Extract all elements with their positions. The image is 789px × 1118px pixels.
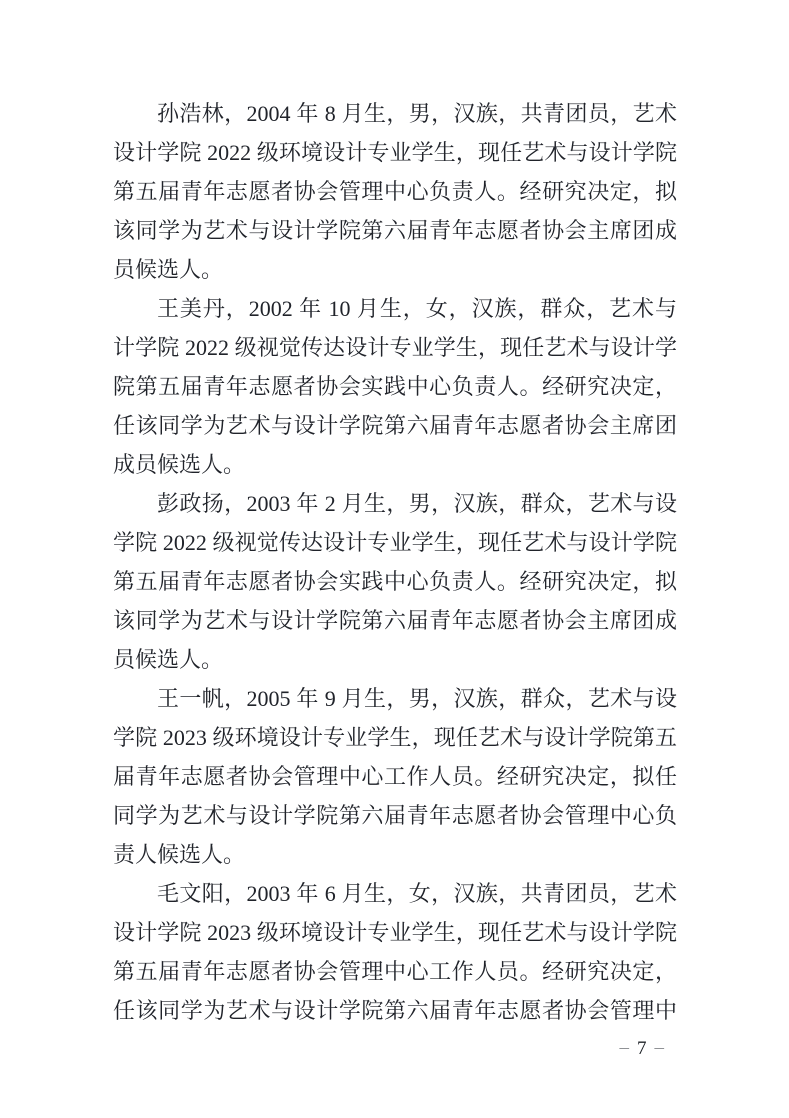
text-line: 员候选人。 xyxy=(113,640,677,679)
paragraph: 王一帆，2005 年 9 月生，男，汉族，群众，艺术与设计学院 2023 级环境… xyxy=(113,679,677,874)
text-line: 成员候选人。 xyxy=(113,445,677,484)
paragraph: 彭政扬，2003 年 2 月生，男，汉族，群众，艺术与设计学院 2022 级视觉… xyxy=(113,484,677,679)
text-line: 彭政扬，2003 年 2 月生，男，汉族，群众，艺术与设计 xyxy=(113,484,677,523)
text-line: 计学院 2022 级视觉传达设计专业学生，现任艺术与设计学 xyxy=(113,328,677,367)
footer-right-dash: – xyxy=(655,1037,666,1059)
text-line: 该同学为艺术与设计学院第六届青年志愿者协会主席团成 xyxy=(113,601,677,640)
text-line: 同学为艺术与设计学院第六届青年志愿者协会管理中心负 xyxy=(113,796,677,835)
page-footer: –7– xyxy=(613,1038,673,1060)
text-line: 第五届青年志愿者协会实践中心负责人。经研究决定，拟任 xyxy=(113,562,677,601)
text-line: 任该同学为艺术与设计学院第六届青年志愿者协会主席团 xyxy=(113,406,677,445)
footer-left-dash: – xyxy=(620,1037,631,1059)
text-line: 学院 2023 级环境设计专业学生，现任艺术与设计学院第五 xyxy=(113,718,677,757)
text-line: 院第五届青年志愿者协会实践中心负责人。经研究决定，拟 xyxy=(113,367,677,406)
text-line: 王一帆，2005 年 9 月生，男，汉族，群众，艺术与设计 xyxy=(113,679,677,718)
paragraph: 孙浩林，2004 年 8 月生，男，汉族，共青团员，艺术与设计学院 2022 级… xyxy=(113,94,677,289)
text-line: 第五届青年志愿者协会管理中心工作人员。经研究决定，拟 xyxy=(113,952,677,991)
document-body: 孙浩林，2004 年 8 月生，男，汉族，共青团员，艺术与设计学院 2022 级… xyxy=(113,94,677,1030)
text-line: 设计学院 2022 级环境设计专业学生，现任艺术与设计学院 xyxy=(113,133,677,172)
document-page: 孙浩林，2004 年 8 月生，男，汉族，共青团员，艺术与设计学院 2022 级… xyxy=(0,0,789,1118)
text-line: 任该同学为艺术与设计学院第六届青年志愿者协会管理中 xyxy=(113,991,677,1030)
text-line: 孙浩林，2004 年 8 月生，男，汉族，共青团员，艺术与 xyxy=(113,94,677,133)
text-line: 届青年志愿者协会管理中心工作人员。经研究决定，拟任该 xyxy=(113,757,677,796)
text-line: 员候选人。 xyxy=(113,250,677,289)
paragraph: 毛文阳，2003 年 6 月生，女，汉族，共青团员，艺术与设计学院 2023 级… xyxy=(113,874,677,1030)
text-line: 设计学院 2023 级环境设计专业学生，现任艺术与设计学院 xyxy=(113,913,677,952)
text-line: 该同学为艺术与设计学院第六届青年志愿者协会主席团成 xyxy=(113,211,677,250)
page-number: 7 xyxy=(637,1038,648,1059)
text-line: 毛文阳，2003 年 6 月生，女，汉族，共青团员，艺术与 xyxy=(113,874,677,913)
text-line: 学院 2022 级视觉传达设计专业学生，现任艺术与设计学院 xyxy=(113,523,677,562)
paragraph: 王美丹，2002 年 10 月生，女，汉族，群众，艺术与设计学院 2022 级视… xyxy=(113,289,677,484)
text-line: 王美丹，2002 年 10 月生，女，汉族，群众，艺术与设 xyxy=(113,289,677,328)
text-line: 责人候选人。 xyxy=(113,835,677,874)
text-line: 第五届青年志愿者协会管理中心负责人。经研究决定，拟任 xyxy=(113,172,677,211)
